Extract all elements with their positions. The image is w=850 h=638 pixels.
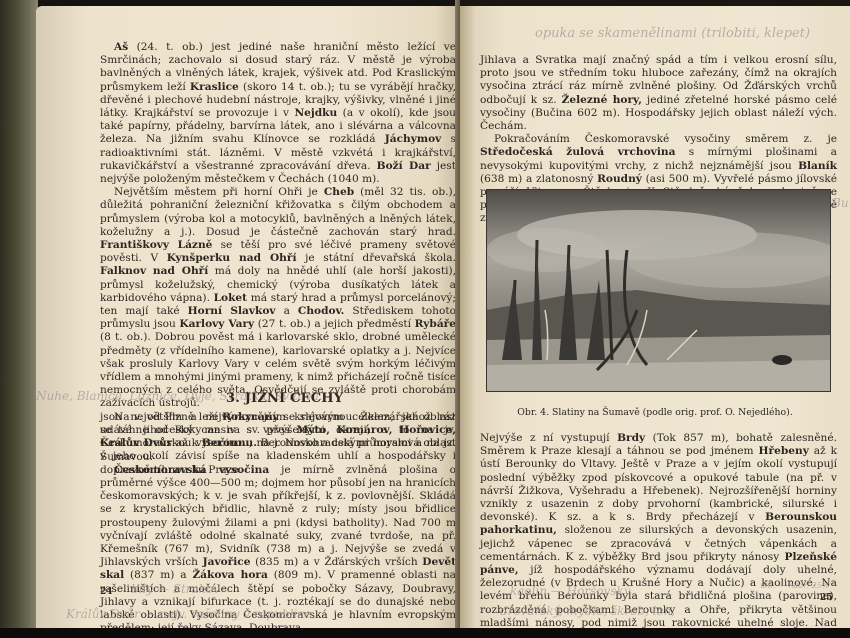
- section-heading: 3. JIŽNÍ ČECHY: [226, 391, 343, 406]
- handwritten-note: Králův Dvůr — nejv. rašeliny v republice: [66, 607, 311, 621]
- handwritten-note: opuka se skameněli­nami (trilobiti, klep…: [535, 26, 810, 41]
- paragraph: jsou největším a nejvýraznějším krajovým…: [100, 411, 456, 464]
- bold-term: Jáchymov: [385, 133, 442, 145]
- right-bottom-text: Nejvýše z ní vystupují Brdy (Tok 857 m),…: [480, 432, 837, 630]
- handwritten-note: dřevařský, mýdlo, škrob, len,: [500, 604, 675, 618]
- bold-term: Aš: [114, 41, 128, 53]
- book-edge: [0, 0, 38, 638]
- bold-term: Brdy: [617, 432, 645, 444]
- page-number: 24: [100, 587, 113, 597]
- handwritten-note: kaolin — Horšovský: [510, 584, 630, 598]
- page-number: 25: [820, 593, 833, 603]
- bold-term: Františkovy Lázně: [100, 239, 212, 251]
- bold-term: Cheb: [324, 186, 354, 198]
- bold-term: Devět skal: [100, 556, 456, 581]
- left-bottom-text: jsou největším a nejvýraznějším krajovým…: [100, 411, 456, 630]
- bold-term: Blaník: [798, 160, 837, 172]
- bold-term: Železné hory,: [562, 94, 642, 106]
- bold-term: Falknov nad Ohří: [100, 265, 208, 277]
- bold-term: Plzeňské pánve,: [480, 551, 837, 576]
- figure-photo: [486, 189, 831, 392]
- handwritten-note: bily — Strakov: [131, 582, 220, 596]
- bold-term: Roudný: [597, 173, 642, 185]
- book-spread: Aš (24. t. ob.) jest jediné naše hraničn…: [0, 0, 850, 638]
- paragraph: Jihlava a Svratka mají značný spád a tím…: [480, 54, 837, 133]
- paragraph: Českomoravská vysočina je mírně zvlněná …: [100, 464, 456, 630]
- bold-term: Žákova hora: [192, 569, 267, 581]
- bold-term: Rybáře: [415, 318, 456, 330]
- handwritten-note: Bu. sl.: [832, 196, 850, 210]
- bold-term: Středočeská žulová vrchovina: [480, 146, 675, 158]
- left-page: Aš (24. t. ob.) jest jediné naše hraničn…: [36, 6, 460, 630]
- right-page: opuka se skameněli­nami (trilobiti, klep…: [460, 6, 850, 630]
- bold-term: Kynšperku nad Ohří: [167, 252, 297, 264]
- bold-term: Českomoravská vysočina: [114, 464, 269, 476]
- bold-term: Loket: [214, 292, 248, 304]
- bold-term: Horní Slavkov: [188, 305, 276, 317]
- landscape-illustration: [487, 190, 830, 391]
- bold-term: Boží Dar: [377, 160, 431, 172]
- paragraph: Aš (24. t. ob.) jest jediné naše hraničn…: [100, 41, 456, 186]
- paragraph: Největším městem při horní Ohři je Cheb …: [100, 186, 456, 410]
- bold-term: Kraslice: [190, 81, 239, 93]
- bold-term: Berounskou pahorkatinu,: [480, 511, 837, 536]
- bold-term: Chodov.: [298, 305, 344, 317]
- background-edge: [0, 628, 850, 638]
- bold-term: Nejdku: [294, 107, 337, 119]
- handwritten-note: uhl. — nádr. 25%: [760, 581, 829, 590]
- paragraph: Nejvýše z ní vystupují Brdy (Tok 857 m),…: [480, 432, 837, 630]
- figure-caption: Obr. 4. Slatiny na Šumavě (podle orig. p…: [460, 407, 850, 418]
- bold-term: Javořice: [203, 556, 251, 568]
- bold-term: Karlovy Vary: [179, 318, 254, 330]
- bold-term: Hřebeny: [759, 445, 809, 457]
